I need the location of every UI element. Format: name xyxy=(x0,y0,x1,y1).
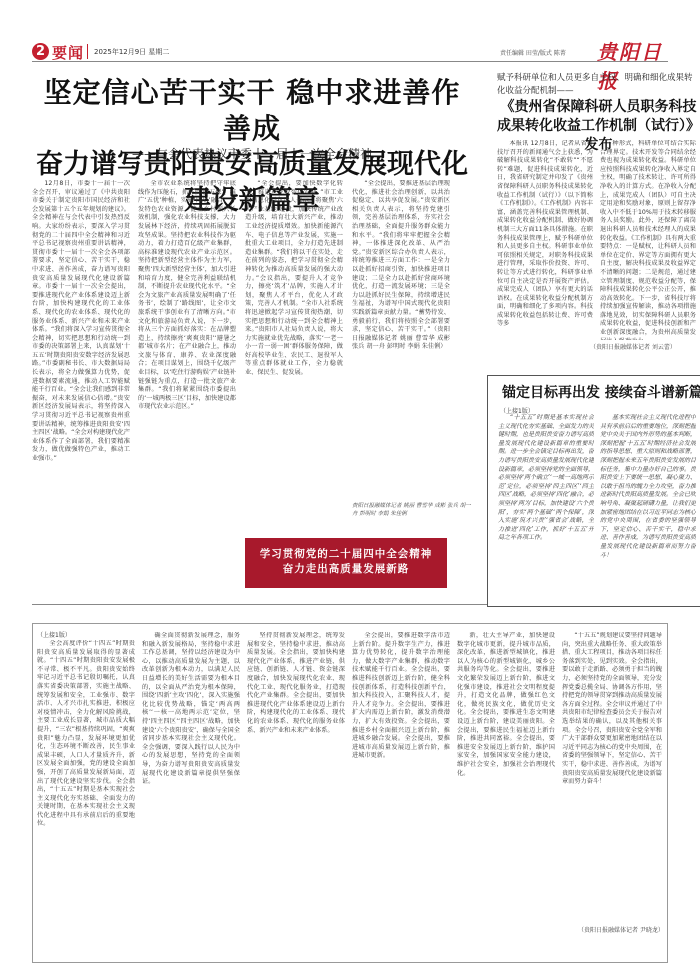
main-article-column-3: “全会提出，要加快数字化转型，推进产业数智化发展。”市工业和信息化局负责人表示，… xyxy=(245,180,343,533)
banner-line-2: 奋力走出高质量发展新路 xyxy=(245,562,447,577)
page-number-badge: 2 xyxy=(32,43,49,60)
right-article-column-1: 本报讯 12月8日，记者从省科技厅召开的新闻通气会上获悉，为破解科技成果转化“不… xyxy=(497,140,593,340)
main-article-column-4: “全会提出，要推进基层治理现代化，推进社会治理创新，以共治促稳定、以共享促发展。… xyxy=(352,180,450,500)
article-text: “全会提出，要加快数字化转型，推进产业数智化发展。”市工业和信息化局负责人表示，… xyxy=(245,180,343,378)
article-text: 全会提出，要推进数字活市迈上新台阶。提升数字生产力，推进算力优势转化，提升数字治… xyxy=(352,632,450,761)
bottom-article-continuation-note: （上接1版） xyxy=(37,630,71,639)
right-article-column-2: 种形式，科研单位可结合实际合理界定。技术开发等合同结余经费也视为成果转化收益。科… xyxy=(600,140,696,340)
article-text: 全会高度评价“十四五”时期贵阳贵安高质量发展取得的显著成就。“十四五”时期贵阳贵… xyxy=(37,640,135,829)
editorial-title: 锚定目标再出发 接续奋斗谱新篇 xyxy=(502,382,700,402)
bottom-article-column-3: 坚持贯彻新发展理念，统筹发展和安全，坚持稳中求进，推动高质量发展。全会指出，要加… xyxy=(247,632,345,958)
bottom-article-column-6: “十五五”规划建议要坚持问题导向，突出重大战略任务、重大政策举措、重大工程项目，… xyxy=(562,632,662,922)
editorial-column-2: 基本实现社会主义现代化进程中具有承前启后的重要地位，深刻把握党中央关于国内外形势… xyxy=(600,414,696,599)
article-text: 新，壮大主导产业，加快建设数字化城市更新，提升城市品质，深化改革，推进新型城镇化… xyxy=(457,632,555,778)
article-text: 坚持贯彻新发展理念，统筹发展和安全，坚持稳中求进，推动高质量发展。全会指出，要加… xyxy=(247,632,345,735)
headline-line-1: 坚定信心苦干实干 稳中求进善作善成 xyxy=(32,75,472,147)
bottom-article-column-1: 全会高度评价“十四五”时期贵阳贵安高质量发展取得的显著成就。“十四五”时期贵阳贵… xyxy=(37,640,135,958)
issue-date: 2025年12月9日 星期二 xyxy=(94,47,169,57)
right-article-credit: （贵阳日报融媒体记者 刘云蕾） xyxy=(590,342,676,351)
section-name: 要闻 xyxy=(52,42,84,63)
banner-line-1: 学习贯彻党的二十届四中全会精神 xyxy=(245,547,447,562)
article-text: “十五五”规划建议要坚持问题导向，突出重大战略任务、重大政策举措、重大工程项目，… xyxy=(562,632,662,787)
editorial-column-1: “十五五”时期是基本实现社会主义现代化夯实基础、全面发力的关键时期，也是贵阳贵安… xyxy=(498,414,594,599)
masthead: 2 要闻 2025年12月9日 星期二 责任编辑 田莹/版式 陈菁 贵阳日报 xyxy=(32,42,668,62)
main-article-credit: 贵阳日报融媒体记者 姚丽 曹雪华 成彬 张兵 胡一舟 彭明时 李娟 朱佳俐 xyxy=(352,502,472,518)
editorial-text: “十五五”时期是基本实现社会主义现代化夯实基础、全面发力的关键时期，也是贵阳贵安… xyxy=(498,414,594,543)
main-subheadline: ——与会代表热议市委十一届十一次全会精神 xyxy=(32,145,472,162)
editorial-text: 基本实现社会主义现代化进程中具有承前启后的重要地位，深刻把握党中央关于国内外形势… xyxy=(600,414,696,560)
article-text: 全市农业系统将坚持把守牢底线作为压舱石，抓好耕地‘五保’、推广‘五优’种植，实施… xyxy=(138,180,236,412)
bottom-article-column-4: 全会提出，要推进数字活市迈上新台阶。提升数字生产力，推进算力优势转化，提升数字治… xyxy=(352,632,450,958)
article-text: 本报讯 12月8日，记者从省科技厅召开的新闻通气会上获悉，为破解科技成果转化“不… xyxy=(497,140,593,329)
campaign-banner: 学习贯彻党的二十届四中全会精神 奋力走出高质量发展新路 xyxy=(245,538,447,588)
right-article-kicker: 赋予科研单位和人员更多自主权、明确和细化成果转化收益分配机制—— xyxy=(497,72,700,98)
bottom-article-credit: （贵阳日报融媒体记者 尹晓龙） xyxy=(578,925,664,934)
main-article-column-1: 12月8日，市委十一届十一次全会召开，审议通过了《中共贵阳市委关于制定贵阳市国民… xyxy=(32,180,130,600)
main-article-column-2: 全市农业系统将坚持把守牢底线作为压舱石，抓好耕地‘五保’、推广‘五优’种植，实施… xyxy=(138,180,236,600)
section-divider xyxy=(32,604,487,605)
article-text: 种形式，科研单位可结合实际合理界定。技术开发等合同结余经费也视为成果转化收益。科… xyxy=(600,140,696,340)
masthead-divider xyxy=(87,44,88,59)
bottom-article-column-5: 新，壮大主导产业，加快建设数字化城市更新，提升城市品质，深化改革，推进新型城镇化… xyxy=(457,632,555,958)
article-text: 确全面贯彻新发展理念，服务和融入新发展格局，坚持稳中求进工作总基调，坚持以经济建… xyxy=(142,632,240,787)
editor-credits: 责任编辑 田莹/版式 陈菁 xyxy=(500,48,566,57)
bottom-article-column-2: 确全面贯彻新发展理念，服务和融入新发展格局，坚持稳中求进工作总基调，坚持以经济建… xyxy=(142,632,240,958)
article-text: “全会提出，要推进基层治理现代化，推进社会治理创新，以共治促稳定、以共享促发展。… xyxy=(352,180,450,352)
article-text: 12月8日，市委十一届十一次全会召开，审议通过了《中共贵阳市委关于制定贵阳市国民… xyxy=(32,180,130,464)
editorial-box: 锚定目标再出发 接续奋斗谱新篇 （上接1版） “十五五”时期是基本实现社会主义现… xyxy=(487,375,700,607)
